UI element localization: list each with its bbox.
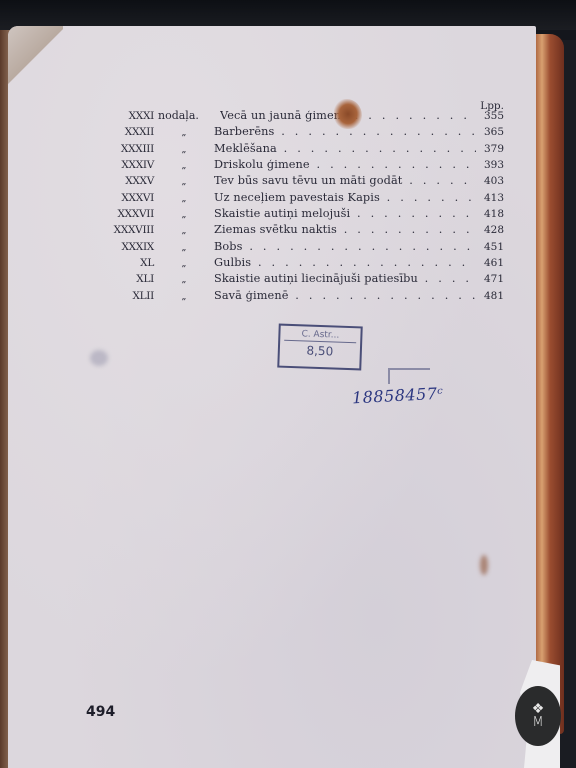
chapter-title: Gulbis — [214, 255, 476, 272]
chapter-page: 418 — [476, 206, 504, 223]
chapter-page: 379 — [476, 141, 504, 158]
chapter-number: XXXII — [104, 124, 154, 141]
chapter-title: Driskolu ģimene — [214, 157, 476, 174]
toc-entry: XXXII „ Barberēns 365 — [104, 124, 504, 140]
toc-entry: XXXVII „ Skaistie autiņi melojuši 418 — [104, 206, 504, 222]
chapter-page: 451 — [476, 239, 504, 256]
chapter-page: 403 — [476, 173, 504, 190]
toc-entry: XL „ Gulbis 461 — [104, 255, 504, 271]
price-stamp: C. Astr... 8,50 — [277, 324, 362, 371]
chapter-number: XXXVII — [104, 206, 154, 223]
toc-entry: XXXV „ Tev būs savu tēvu un māti godāt 4… — [104, 173, 504, 189]
chapter-title: Skaistie autiņi liecinājuši patiesību — [214, 271, 476, 288]
folded-corner — [8, 26, 63, 86]
page-number: 494 — [86, 704, 115, 720]
chapter-page: 471 — [476, 271, 504, 288]
toc-entry: XXXIII „ Meklēšana 379 — [104, 141, 504, 157]
flower-icon: ❖ — [532, 702, 545, 716]
chapter-number: XXXI — [104, 108, 154, 125]
stain-spot — [480, 555, 488, 575]
ditto-mark: „ — [154, 125, 214, 142]
ditto-mark: „ — [154, 174, 214, 191]
chapter-page: 365 — [476, 124, 504, 141]
ditto-mark: „ — [154, 191, 214, 208]
chapter-page: 461 — [476, 255, 504, 272]
toc-entry: XXXVI „ Uz neceļiem pavestais Kapis 413 — [104, 190, 504, 206]
chapter-page: 393 — [476, 157, 504, 174]
chapter-title: Savā ģimenē — [214, 288, 476, 305]
chapter-page: 428 — [476, 222, 504, 239]
chapter-number: XLII — [104, 288, 154, 305]
watermark-logo: ❖ M — [515, 686, 561, 746]
ink-smudge — [90, 350, 108, 366]
chapter-number: XXXV — [104, 173, 154, 190]
faint-stamp-mark — [388, 368, 430, 384]
watermark-letter: M — [532, 716, 543, 730]
chapter-number: XL — [104, 255, 154, 272]
ditto-mark: „ — [154, 207, 214, 224]
toc-entry: XLI „ Skaistie autiņi liecinājuši paties… — [104, 271, 504, 287]
brown-stain — [334, 99, 362, 129]
chapter-title: Ziemas svētku naktis — [214, 222, 476, 239]
toc-entry: XXXVIII „ Ziemas svētku naktis 428 — [104, 222, 504, 238]
ditto-mark: „ — [154, 240, 214, 257]
chapter-label: nodaļa. — [154, 108, 220, 125]
chapter-page: 413 — [476, 190, 504, 207]
chapter-title: Uz neceļiem pavestais Kapis — [214, 190, 476, 207]
table-of-contents: Lpp. XXXI nodaļa. Vecā un jaunā ģimene 3… — [104, 98, 504, 304]
chapter-title: Tev būs savu tēvu un māti godāt — [214, 173, 476, 190]
ditto-mark: „ — [154, 142, 214, 159]
stamp-price: 8,50 — [280, 341, 361, 362]
chapter-number: XXXVI — [104, 190, 154, 207]
ditto-mark: „ — [154, 223, 214, 240]
chapter-number: XXXIX — [104, 239, 154, 256]
chapter-number: XLI — [104, 271, 154, 288]
toc-entry: XLII „ Savā ģimenē 481 — [104, 288, 504, 304]
chapter-page: 355 — [476, 108, 504, 125]
ditto-mark: „ — [154, 256, 214, 273]
ditto-mark: „ — [154, 158, 214, 175]
chapter-number: XXXIII — [104, 141, 154, 158]
toc-entry: XXXI nodaļa. Vecā un jaunā ģimene 355 — [104, 108, 504, 124]
chapter-page: 481 — [476, 288, 504, 305]
ditto-mark: „ — [154, 289, 214, 306]
stamp-label: C. Astr... — [284, 328, 356, 344]
chapter-title: Skaistie autiņi melojuši — [214, 206, 476, 223]
chapter-number: XXXVIII — [104, 222, 154, 239]
chapter-number: XXXIV — [104, 157, 154, 174]
chapter-title: Bobs — [214, 239, 476, 256]
toc-entry: XXXIV „ Driskolu ģimene 393 — [104, 157, 504, 173]
page-column-header: Lpp. — [104, 98, 504, 108]
chapter-title: Meklēšana — [214, 141, 476, 158]
toc-entry: XXXIX „ Bobs 451 — [104, 239, 504, 255]
ditto-mark: „ — [154, 272, 214, 289]
